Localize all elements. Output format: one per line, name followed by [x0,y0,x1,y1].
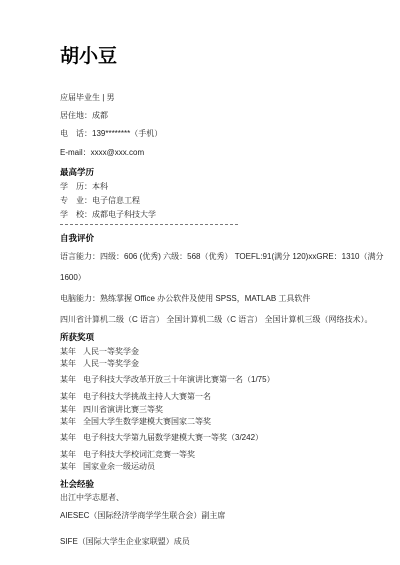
award-item: 某年人民一等奖学金 [60,346,370,358]
education-degree: 学 历：本科 [60,181,370,192]
education-major: 专 业：电子信息工程 [60,195,370,206]
dashed-divider [60,224,238,225]
social-item-volunteer: 出江中学志愿者、 [60,492,370,504]
award-text: 全国大学生数学建模大赛国家二等奖 [83,417,211,426]
award-year: 某年 [60,405,76,414]
section-title-awards: 所获奖项 [60,332,370,343]
language-skills-line-2: 1600） [60,267,370,288]
award-year: 某年 [60,359,76,368]
phone: 电 话：139********（手机） [60,128,370,139]
award-text: 国家业余一级运动员 [83,462,155,471]
award-item: 某年电子科技大学第九届数学建模大赛一等奖（3/242） [60,432,370,444]
resume-page: 胡小豆 应届毕业生 | 男 居住地：成都 电 话：139********（手机）… [0,0,400,565]
award-text: 人民一等奖学金 [83,359,139,368]
award-year: 某年 [60,417,76,426]
computer-certificates: 四川省计算机二级（C 语言） 全国计算机二级（C 语言） 全国计算机三级（网络技… [60,309,370,330]
award-item: 某年国家业余一级运动员 [60,461,370,473]
award-text: 电子科技大学校词汇竞赛一等奖 [83,450,195,459]
award-text: 四川省演讲比赛三等奖 [83,405,163,414]
award-text: 电子科技大学改革开放三十年演讲比赛第一名（1/75） [83,375,275,384]
status-gender: 应届毕业生 | 男 [60,92,370,103]
award-year: 某年 [60,462,76,471]
section-title-social-experience: 社会经验 [60,479,370,490]
award-year: 某年 [60,392,76,401]
award-year: 某年 [60,375,76,384]
language-skills-line-1: 语言能力：四级：606 (优秀) 六级：568（优秀） TOEFL:91(满分 … [60,246,370,267]
section-title-self-evaluation: 自我评价 [60,233,370,244]
award-text: 电子科技大学挑战主持人大赛第一名 [83,392,211,401]
award-text: 人民一等奖学金 [83,347,139,356]
email: E-mail：xxxx@xxx.com [60,147,370,158]
section-title-education: 最高学历 [60,167,370,178]
candidate-name: 胡小豆 [60,46,370,68]
award-item: 某年四川省演讲比赛三等奖 [60,404,370,416]
award-item: 某年电子科技大学挑战主持人大赛第一名 [60,391,370,403]
award-year: 某年 [60,347,76,356]
award-item: 某年全国大学生数学建模大赛国家二等奖 [60,416,370,428]
award-item: 某年人民一等奖学金 [60,358,370,370]
education-school: 学 校：成都电子科技大学 [60,209,370,220]
award-item: 某年电子科技大学改革开放三十年演讲比赛第一名（1/75） [60,374,370,386]
residence: 居住地：成都 [60,110,370,121]
award-text: 电子科技大学第九届数学建模大赛一等奖（3/242） [83,433,263,442]
award-year: 某年 [60,433,76,442]
computer-skills: 电脑能力：熟练掌握 Office 办公软件及使用 SPSS，MATLAB 工具软… [60,288,370,309]
award-year: 某年 [60,450,76,459]
social-item-aiesec: AIESEC（国际经济学商学学生联合会）副主席 [60,510,370,522]
social-item-sife: SIFE（国际大学生企业家联盟）成员 [60,536,370,548]
award-item: 某年电子科技大学校词汇竞赛一等奖 [60,449,370,461]
